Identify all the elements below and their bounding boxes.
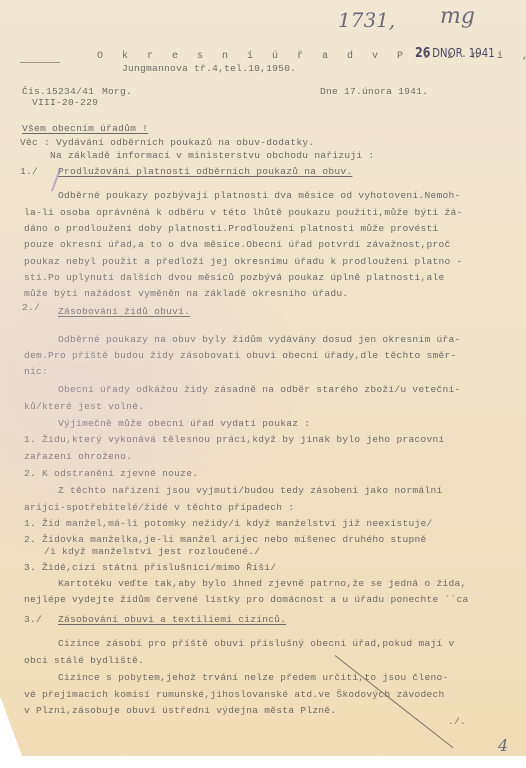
section-2-heading: Zásobování židů obuví. (58, 306, 190, 318)
intro-line: Na základě informací v ministerstvu obch… (50, 150, 374, 162)
section-1-line: la-li osoba oprávněná k odběru v této lh… (24, 207, 463, 219)
page-number-mark: 4 (498, 736, 508, 755)
section-2-line: 1. Židu,který vykonává tělesnou práci,kd… (24, 434, 445, 446)
document-date: Dne 17.února 1941. (320, 86, 428, 98)
section-2-line: 3. Židé,cizí státní příslušníci/mimo Říš… (24, 562, 276, 574)
section-3-number: 3./ (24, 614, 42, 626)
subject-line: Věc : Vydávání odběrních poukazů na obuv… (20, 137, 314, 149)
section-2-line: dem.Pro příště budou židy zásobovati obu… (24, 350, 457, 362)
section-2-line: Obecní úřady odkážou židy zásadně na odb… (58, 384, 460, 396)
continuation-mark: ./. (448, 716, 466, 728)
section-2-line: 1. Žid manžel,má-li potomky nežidy/i kdy… (24, 518, 433, 530)
section-3-line: v Plzni,zásobuje obuví ústřední výdejna … (24, 705, 336, 717)
handwritten-initials: mg (440, 4, 475, 29)
section-1-number: 1./ (20, 166, 38, 178)
clerk-name: Morg. (102, 86, 132, 98)
section-1-line: poukaz nebyl použit a předloží jej okres… (24, 256, 463, 268)
section-2-line: nic: (24, 366, 48, 378)
section-2-line: /i když manželství jest rozloučené./ (44, 546, 260, 558)
section-2-line: zařazení ohroženo. (24, 451, 132, 463)
section-3-heading: Zásobování obuví a textiliemi cizinců. (58, 614, 286, 626)
section-1-heading: Prodlužování platnosti odběrních poukazů… (58, 166, 352, 178)
section-2-line: Z těchto nařízení jsou vyjmuti/budou ted… (58, 485, 442, 497)
section-3-line: Cizince s pobytem,jehož trvání nelze pře… (58, 672, 448, 684)
section-2-line: Kartotéku veďte tak,aby bylo ihned zjevn… (58, 578, 467, 590)
purple-ink-mark (51, 168, 61, 191)
section-1-line: pouze okresní úřad,a to o dva měsíce.Obe… (24, 239, 451, 251)
pencil-header-dash (20, 62, 60, 63)
section-1-line: sti.Po uplynutí dalších dvou měsíců pozb… (24, 272, 445, 284)
office-title: O k r e s n í ú ř a d v P l z n i , (97, 51, 526, 63)
reference-code: VIII-20-229 (32, 97, 98, 109)
addressee: Všem obecním úřadům ! (22, 123, 148, 135)
section-1-line: dáno o prodloužení doby platnosti.Prodlo… (24, 223, 439, 235)
section-2-line: Výjimečně může obecní úřad vydati poukaz… (58, 418, 310, 430)
section-3-line: Cizince zásobí pro příště obuví příslušn… (58, 638, 454, 650)
section-2-line: nejlépe vydejte židům červené lístky pro… (24, 594, 469, 606)
paper-corner-fold (0, 696, 22, 756)
section-1-line: může býti nažádost vyměněn na základě ok… (24, 288, 348, 300)
page-bottom-margin (0, 756, 526, 768)
section-3-line: obci stálé bydliště. (24, 655, 144, 667)
section-2-line: Odběrné poukazy na obuv byly židům vydáv… (58, 334, 460, 346)
section-2-number: 2./ (22, 302, 40, 314)
document-page: 1731, mg 26DNOR. 1941 O k r e s n í ú ř … (0, 0, 526, 768)
section-2-line: ků/které jest volné. (24, 401, 144, 413)
section-1-line: Odběrné poukazy pozbývají platnosti dva … (58, 190, 460, 202)
section-2-line: 2. K odstranění zjevné nouze. (24, 468, 198, 480)
office-address: Jungmannova tř.4,tel.10,1950. (122, 63, 296, 75)
handwritten-number: 1731, (338, 8, 395, 32)
section-2-line: 2. Židovka manželka,je-li manžel arijec … (24, 534, 426, 546)
section-2-line: arijci-spotřebitelé/židé v těchto případ… (24, 502, 294, 514)
pencil-diagonal-line (335, 655, 454, 748)
